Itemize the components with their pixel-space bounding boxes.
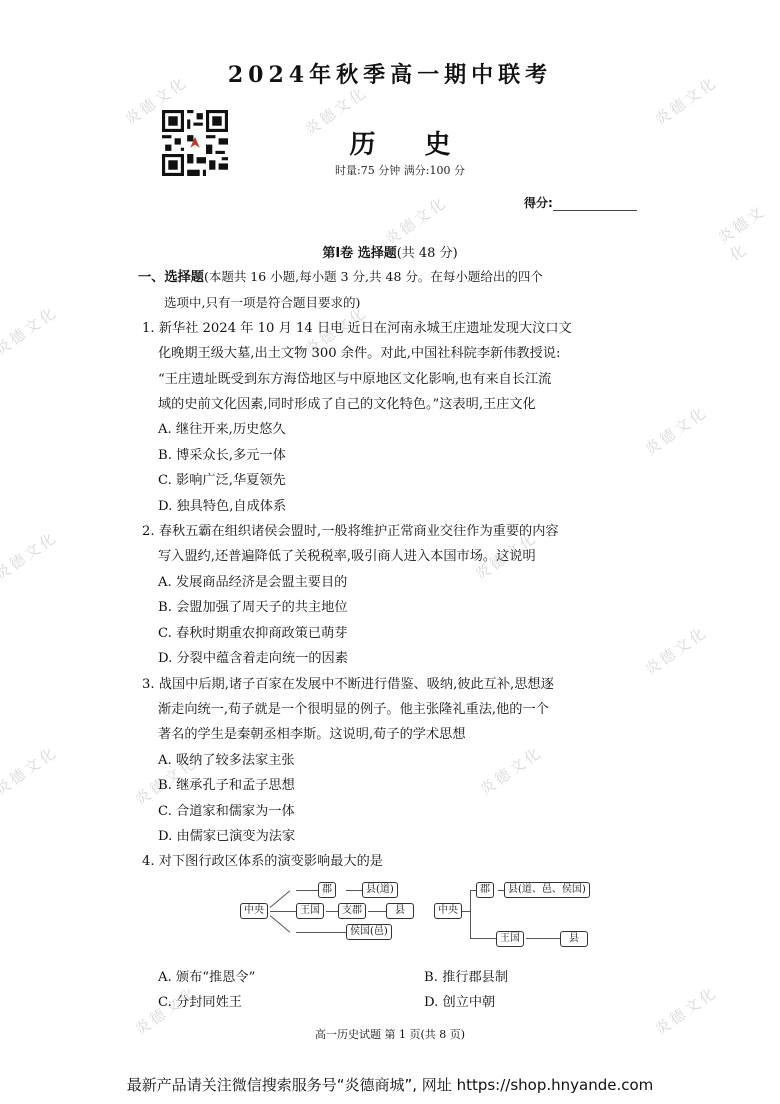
option-b[interactable]: B. 推行郡县制 — [424, 965, 664, 990]
node-county-dao: 县(道) — [362, 882, 398, 898]
node-central-right: 中央 — [434, 903, 462, 919]
option-c[interactable]: C. 合道家和儒家为一体 — [142, 799, 652, 824]
exam-title: 2024年秋季高一期中联考 — [0, 58, 780, 89]
score-field[interactable]: 得分: — [524, 194, 637, 211]
instruction-continued: 选项中,只有一项是符合题目要求的) — [142, 290, 652, 315]
option-d[interactable]: D. 创立中朝 — [424, 990, 664, 1015]
question-line: 2. 春秋五霸在组织诸侯会盟时,一般将维护正常商业交往作为重要的内容 — [142, 519, 652, 544]
question-line: 著名的学生是秦朝丞相李斯。这说明,荀子的学术思想 — [142, 722, 652, 747]
option-d[interactable]: D. 由儒家已演变为法家 — [142, 824, 652, 849]
node-county-right: 县 — [560, 931, 588, 947]
admin-system-diagram: 中央 郡 县(道) 王国 支郡 县 侯国(邑) 中央 郡 县(道、邑、侯国) 王… — [240, 877, 580, 959]
node-commandery-right: 郡 — [476, 882, 494, 898]
question-4: 4. 对下图行政区体系的演变影响最大的是 中央 郡 县(道) 王国 支郡 县 侯… — [142, 849, 652, 1015]
question-content: 一、选择题(本题共 16 小题,每小题 3 分,共 48 分。在每小题给出的四个… — [142, 264, 652, 1016]
question-line: 1. 新华社 2024 年 10 月 14 日电 近日在河南永城王庄遗址发现大汶… — [142, 316, 652, 341]
score-label: 得分: — [524, 196, 553, 210]
question-line: 渐走向统一,荀子就是一个很明显的例子。他主张隆礼重法,他的一个 — [142, 697, 652, 722]
node-central: 中央 — [240, 903, 268, 919]
node-county-full: 县(道、邑、侯国) — [504, 882, 590, 898]
option-a[interactable]: A. 继往开来,历史悠久 — [142, 417, 652, 442]
option-b[interactable]: B. 会盟加强了周天子的共主地位 — [142, 595, 652, 620]
watermark: 炎德文化 — [0, 301, 62, 360]
question-3: 3. 战国中后期,诸子百家在发展中不断进行借鉴、吸纳,彼此互补,思想逐 渐走向统… — [142, 672, 652, 850]
option-d[interactable]: D. 分裂中蕴含着走向统一的因素 — [142, 646, 652, 671]
option-c[interactable]: C. 影响广泛,华夏领先 — [142, 468, 652, 493]
watermark: 炎德文化 — [0, 526, 62, 585]
instruction-heading: 一、选择题 — [138, 270, 204, 285]
option-c[interactable]: C. 春秋时期重农抑商政策已萌芽 — [142, 621, 652, 646]
option-d[interactable]: D. 独具特色,自成体系 — [142, 494, 652, 519]
option-c[interactable]: C. 分封同姓王 — [158, 990, 424, 1015]
node-kingdom: 王国 — [296, 903, 324, 919]
page-footer: 高一历史试题 第 1 页(共 8 页) — [0, 1026, 780, 1042]
qr-code-icon — [162, 110, 228, 176]
question-line: 写入盟约,还普遍降低了关税税率,吸引商人进入本国市场。这说明 — [142, 544, 652, 569]
watermark: 炎德文化 — [0, 741, 62, 800]
instruction-text: (本题共 16 小题,每小题 3 分,共 48 分。在每小题给出的四个 — [204, 269, 543, 284]
watermark: 炎德文化 — [380, 191, 451, 250]
question-line: “王庄遗址既受到东方海岱地区与中原地区文化影响,也有来自长江流 — [142, 367, 652, 392]
node-kingdom-right: 王国 — [496, 931, 524, 947]
node-commandery: 郡 — [318, 882, 336, 898]
exam-meta: 时量:75 分钟 满分:100 分 — [300, 162, 500, 178]
question-line: 域的史前文化因素,同时形成了自己的文化特色。”这表明,王庄文化 — [142, 392, 652, 417]
node-county: 县 — [386, 903, 414, 919]
option-b[interactable]: B. 博采众长,多元一体 — [142, 443, 652, 468]
question-line: 3. 战国中后期,诸子百家在发展中不断进行借鉴、吸纳,彼此互补,思想逐 — [142, 672, 652, 697]
option-a[interactable]: A. 颁布“推恩令” — [158, 965, 424, 990]
section-title-rest: (共 48 分) — [397, 246, 458, 261]
node-marquisate: 侯国(邑) — [346, 924, 392, 940]
node-branch-commandery: 支郡 — [338, 903, 366, 919]
instruction: 一、选择题(本题共 16 小题,每小题 3 分,共 48 分。在每小题给出的四个 — [138, 264, 652, 290]
section-title-bold: 第Ⅰ卷 选择题 — [322, 246, 396, 261]
subject-title: 历 史 — [300, 124, 500, 161]
options-grid: A. 颁布“推恩令” B. 推行郡县制 C. 分封同姓王 D. 创立中朝 — [142, 965, 652, 1016]
question-line: 化晚期王级大墓,出土文物 300 余件。对此,中国社科院李新伟教授说: — [142, 341, 652, 366]
option-b[interactable]: B. 继承孔子和孟子思想 — [142, 773, 652, 798]
option-a[interactable]: A. 发展商品经济是会盟主要目的 — [142, 570, 652, 595]
question-1: 1. 新华社 2024 年 10 月 14 日电 近日在河南永城王庄遗址发现大汶… — [142, 316, 652, 519]
question-2: 2. 春秋五霸在组织诸侯会盟时,一般将维护正常商业交往作为重要的内容 写入盟约,… — [142, 519, 652, 671]
promo-banner: 最新产品请关注微信搜索服务号“炎德商城”, 网址 https://shop.hn… — [0, 1074, 780, 1095]
question-line: 4. 对下图行政区体系的演变影响最大的是 — [142, 849, 652, 874]
score-blank[interactable] — [553, 200, 637, 211]
section-title: 第Ⅰ卷 选择题(共 48 分) — [0, 242, 780, 261]
option-a[interactable]: A. 吸纳了较多法家主张 — [142, 748, 652, 773]
